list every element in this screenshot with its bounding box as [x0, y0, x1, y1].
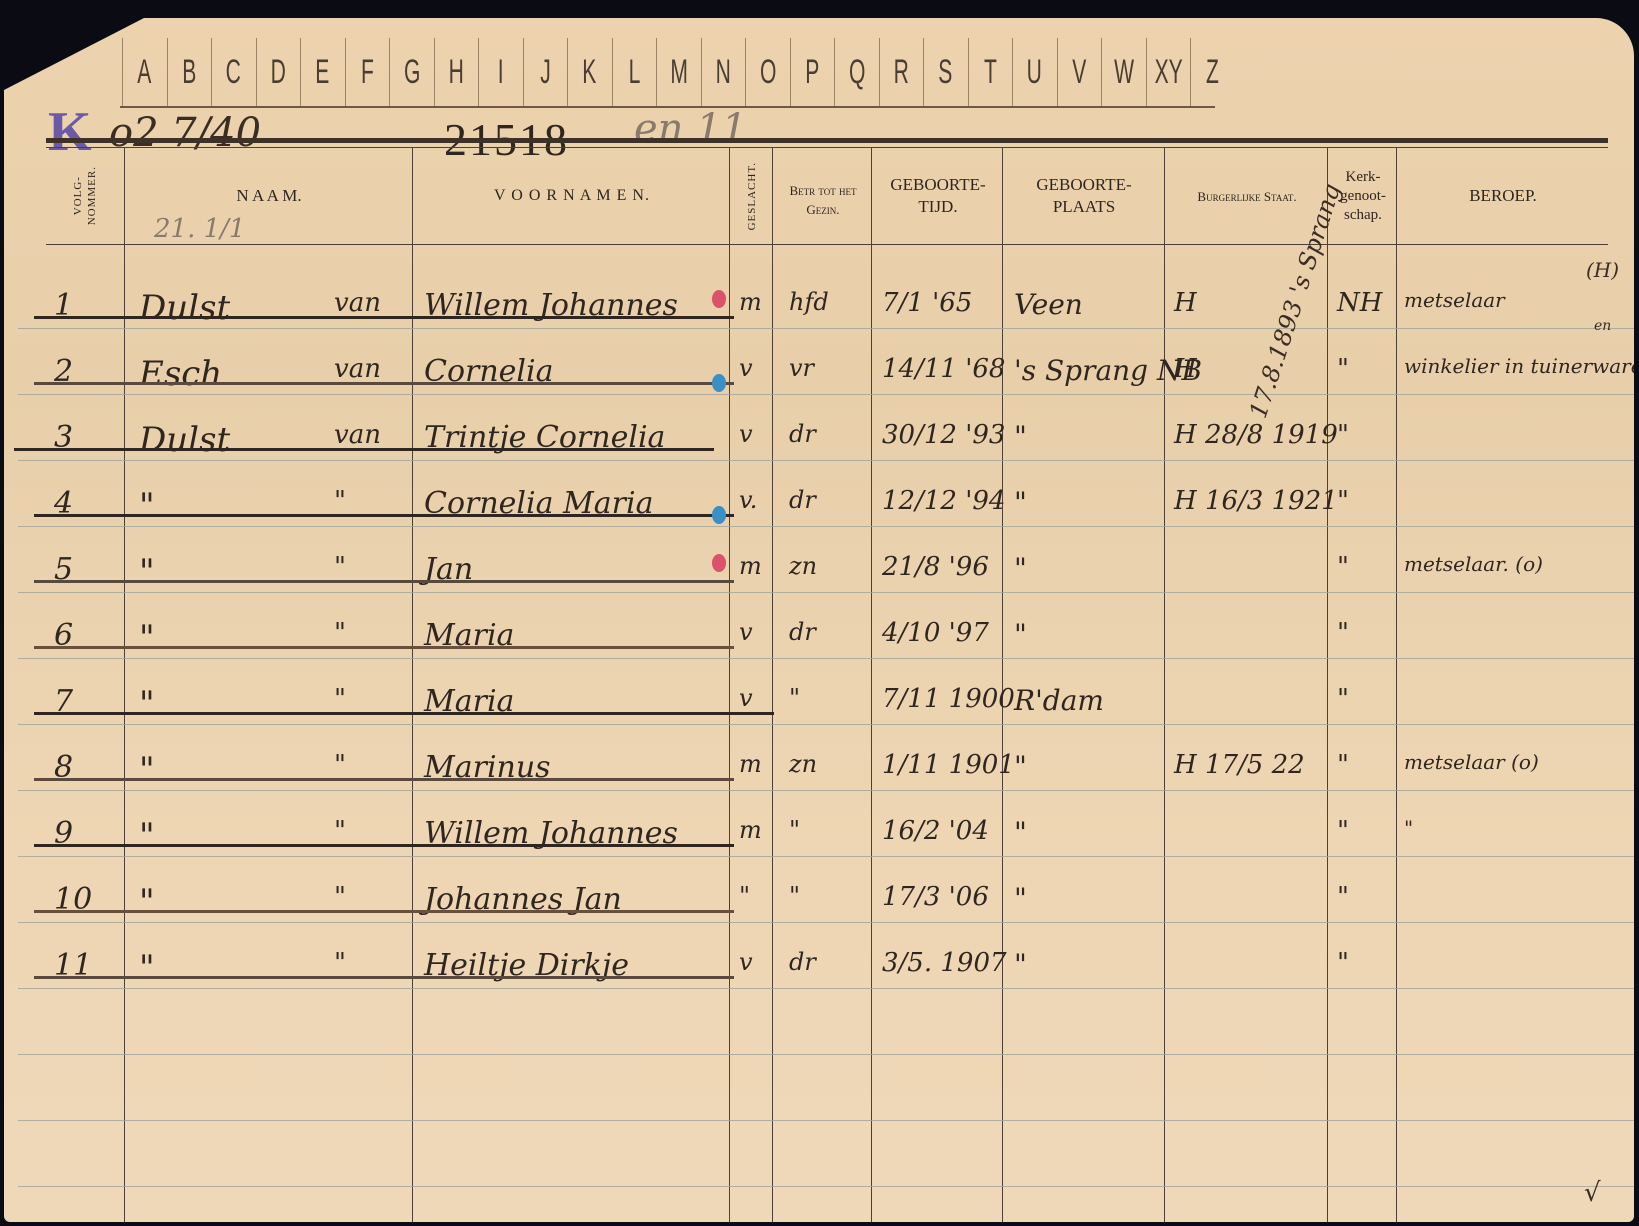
strikethrough-line — [34, 712, 774, 715]
column-divider — [412, 148, 413, 1222]
row-7-naam: " — [139, 684, 155, 724]
index-tab-letter: P — [805, 53, 819, 92]
beroep-note: (H) — [1586, 258, 1619, 282]
blue-ink-marker — [712, 506, 726, 524]
row-3-geboortetijd: 30/12 '93 — [882, 420, 1005, 450]
ruled-line — [18, 1186, 1638, 1187]
index-tab-k: K — [567, 38, 612, 106]
column-divider — [729, 148, 730, 1222]
row-6-naam: " — [139, 618, 155, 658]
index-tab-letter: M — [670, 53, 688, 92]
row-11-geslacht: v — [739, 948, 753, 976]
row-2-geboortetijd: 14/11 '68 — [882, 354, 1005, 384]
index-tab-t: T — [968, 38, 1013, 106]
index-tab-c: C — [211, 38, 256, 106]
index-tab-j: J — [523, 38, 568, 106]
index-tab-n: N — [701, 38, 746, 106]
ruled-line — [18, 460, 1638, 461]
row-2-tussen: van — [334, 354, 381, 384]
row-6-kerk: " — [1337, 618, 1349, 648]
index-tab-letter: O — [760, 53, 776, 92]
ruled-line — [18, 790, 1638, 791]
strikethrough-line — [34, 910, 734, 913]
row-4-geboorteplaats: " — [1014, 486, 1027, 519]
row-8-kerk: " — [1337, 750, 1349, 780]
row-4-geboortetijd: 12/12 '94 — [882, 486, 1005, 516]
row-5-tussen: " — [334, 552, 346, 582]
row-1-beroep: metselaar — [1404, 288, 1505, 312]
row-3-naam: Dulst — [139, 420, 230, 460]
index-tab-b: B — [167, 38, 212, 106]
index-tab-w: W — [1101, 38, 1146, 106]
row-4-betr: dr — [789, 486, 816, 514]
row-7-betr: " — [789, 684, 800, 712]
col-header-voornamen: V O O R N A M E N. — [414, 150, 730, 242]
index-tab-d: D — [256, 38, 301, 106]
beroep-row1-suffix: en — [1594, 318, 1611, 334]
index-tab-letter: I — [498, 53, 504, 92]
index-tab-letter: C — [226, 53, 241, 92]
strikethrough-line — [34, 514, 734, 517]
row-7-tussen: " — [334, 684, 346, 714]
strikethrough-line — [34, 778, 734, 781]
row-6-geslacht: v — [739, 618, 753, 646]
strikethrough-line — [34, 646, 734, 649]
index-tab-l: L — [612, 38, 657, 106]
row-10-geslacht: " — [739, 882, 750, 910]
row-1-geboortetijd: 7/1 '65 — [882, 288, 972, 318]
column-divider — [871, 148, 872, 1222]
col-header-beroep: BEROEP. — [1398, 150, 1608, 242]
row-8-tussen: " — [334, 750, 346, 780]
index-tab-letter: XY — [1154, 53, 1182, 92]
row-8-geboorteplaats: " — [1014, 750, 1027, 783]
index-tab-letter: U — [1027, 53, 1042, 92]
row-10-kerk: " — [1337, 882, 1349, 912]
row-9-geboortetijd: 16/2 '04 — [882, 816, 989, 846]
index-tab-s: S — [923, 38, 968, 106]
row-1-kerk: NH — [1337, 288, 1382, 318]
index-tab-v: V — [1057, 38, 1102, 106]
row-9-betr: " — [789, 816, 800, 844]
row-3-geboorteplaats: " — [1014, 420, 1027, 453]
row-10-naam: " — [139, 882, 155, 922]
blue-ink-marker — [712, 374, 726, 392]
row-9-naam: " — [139, 816, 155, 856]
alphabet-index-tabs: ABCDEFGHIJKLMNOPQRSTUVWXYZ — [122, 38, 1235, 106]
row-2-kerk: " — [1337, 354, 1349, 384]
row-8-geslacht: m — [739, 750, 762, 778]
ruled-line — [18, 724, 1638, 725]
row-8-beroep: metselaar (o) — [1404, 750, 1539, 774]
index-tab-letter: T — [984, 53, 997, 92]
row-8-betr: zn — [789, 750, 817, 778]
index-tab-o: O — [745, 38, 790, 106]
ruled-line — [18, 1054, 1638, 1055]
row-5-geboorteplaats: " — [1014, 552, 1027, 585]
row-3-tussen: van — [334, 420, 381, 450]
row-5-naam: " — [139, 552, 155, 592]
index-tab-q: Q — [834, 38, 879, 106]
red-ink-marker — [712, 290, 726, 308]
strikethrough-line — [34, 580, 734, 583]
column-divider — [1327, 148, 1328, 1222]
row-4-burgerlijke-staat: H 16/3 1921 — [1174, 486, 1338, 516]
row-11-kerk: " — [1337, 948, 1349, 978]
ruled-line — [18, 658, 1638, 659]
row-1-geboorteplaats: Veen — [1014, 288, 1083, 321]
ruled-line — [18, 856, 1638, 857]
handwritten-note-right: en 11 — [634, 106, 747, 152]
row-11-tussen: " — [334, 948, 346, 978]
row-8-naam: " — [139, 750, 155, 790]
row-10-tussen: " — [334, 882, 346, 912]
index-tab-e: E — [300, 38, 345, 106]
index-tab-letter: J — [540, 53, 551, 92]
row-10-geboortetijd: 17/3 '06 — [882, 882, 989, 912]
row-5-betr: zn — [789, 552, 817, 580]
strikethrough-line — [34, 316, 734, 319]
row-7-kerk: " — [1337, 684, 1349, 714]
row-2-beroep: winkelier in tuinerwaren — [1404, 354, 1639, 378]
col-header-geboortetijd: GEBOORTE- TIJD. — [873, 150, 1003, 242]
ruled-line — [18, 922, 1638, 923]
index-tab-f: F — [345, 38, 390, 106]
index-tab-letter: G — [404, 53, 420, 92]
ruled-line — [18, 592, 1638, 593]
registration-card: ABCDEFGHIJKLMNOPQRSTUVWXYZ K o2 7/40 215… — [4, 18, 1634, 1222]
row-5-beroep: metselaar. (o) — [1404, 552, 1543, 576]
index-tab-a: A — [122, 38, 167, 106]
row-8-geboortetijd: 1/11 1901 — [882, 750, 1015, 780]
index-tab-letter: K — [583, 53, 597, 92]
row-1-tussen: van — [334, 288, 381, 318]
ruled-line — [18, 988, 1638, 989]
strikethrough-line — [34, 976, 734, 979]
row-6-betr: dr — [789, 618, 816, 646]
index-tab-letter: W — [1114, 53, 1134, 92]
row-9-geslacht: m — [739, 816, 762, 844]
index-tab-letter: E — [316, 53, 330, 92]
row-4-kerk: " — [1337, 486, 1349, 516]
row-3-burgerlijke-staat: H 28/8 1919 — [1174, 420, 1338, 450]
col-header-betrekking: Betr tot het Gezin. — [774, 158, 872, 242]
row-4-naam: " — [139, 486, 155, 526]
row-2-betr: vr — [789, 354, 814, 382]
row-9-geboorteplaats: " — [1014, 816, 1027, 849]
row-2-geslacht: v — [739, 354, 753, 382]
index-tab-p: P — [790, 38, 835, 106]
row-11-betr: dr — [789, 948, 816, 976]
header-rule — [46, 138, 1608, 143]
row-2-naam: Esch — [139, 354, 222, 394]
row-2-burgerlijke-staat: H — [1174, 354, 1197, 384]
index-tab-z: Z — [1190, 38, 1235, 106]
column-divider — [1396, 148, 1397, 1222]
index-tab-m: M — [656, 38, 701, 106]
col-header-volgnummer: VOLG- NOMMER. — [46, 150, 124, 242]
index-tab-letter: H — [449, 53, 464, 92]
row-5-geslacht: m — [739, 552, 762, 580]
index-tab-i: I — [478, 38, 523, 106]
col-header-geslacht: GESLACHT. — [731, 150, 773, 242]
index-tab-r: R — [879, 38, 924, 106]
index-tab-u: U — [1012, 38, 1057, 106]
check-mark: √ — [1584, 1178, 1601, 1208]
ruled-line — [18, 328, 1638, 329]
index-tab-h: H — [434, 38, 479, 106]
strikethrough-line — [14, 448, 714, 451]
index-tab-letter: A — [138, 53, 152, 92]
row-6-geboorteplaats: " — [1014, 618, 1027, 651]
index-tab-letter: F — [361, 53, 374, 92]
row-5-kerk: " — [1337, 552, 1349, 582]
index-tab-letter: Z — [1206, 53, 1219, 92]
row-6-tussen: " — [334, 618, 346, 648]
row-3-betr: dr — [789, 420, 816, 448]
index-tab-letter: V — [1072, 53, 1086, 92]
column-divider — [124, 148, 125, 1222]
row-3-geslacht: v — [739, 420, 753, 448]
index-tab-letter: S — [939, 53, 953, 92]
row-7-geboorteplaats: R'dam — [1014, 684, 1104, 717]
row-1-burgerlijke-staat: H — [1174, 288, 1197, 318]
pencil-header-note: 21. 1/1 — [154, 214, 245, 244]
index-tab-xy: XY — [1146, 38, 1191, 106]
column-header-bottom-rule — [46, 244, 1608, 245]
row-10-geboorteplaats: " — [1014, 882, 1027, 915]
index-tab-g: G — [389, 38, 434, 106]
ruled-line — [18, 526, 1638, 527]
strikethrough-line — [34, 382, 734, 385]
column-divider — [772, 148, 773, 1222]
row-1-naam: Dulst — [139, 288, 230, 328]
ruled-line — [18, 1120, 1638, 1121]
index-tab-letter: B — [182, 53, 196, 92]
index-tab-letter: L — [628, 53, 640, 92]
row-4-tussen: " — [334, 486, 346, 516]
col-header-geboorteplaats: GEBOORTE- PLAATS — [1004, 150, 1164, 242]
index-tab-letter: N — [716, 53, 731, 92]
ruled-line — [18, 394, 1638, 395]
red-ink-marker — [712, 554, 726, 572]
row-8-burgerlijke-staat: H 17/5 22 — [1174, 750, 1305, 780]
row-10-betr: " — [789, 882, 800, 910]
column-divider — [1164, 148, 1165, 1222]
index-tab-letter: Q — [849, 53, 865, 92]
row-6-geboortetijd: 4/10 '97 — [882, 618, 989, 648]
row-7-geboortetijd: 7/11 1900 — [882, 684, 1015, 714]
row-11-geboortetijd: 3/5. 1907 — [882, 948, 1007, 978]
header-rule-thin — [46, 147, 1608, 148]
row-1-geslacht: m — [739, 288, 762, 316]
row-5-geboortetijd: 21/8 '96 — [882, 552, 989, 582]
row-9-beroep: " — [1404, 816, 1413, 840]
row-1-betr: hfd — [789, 288, 829, 316]
index-tab-letter: R — [894, 53, 909, 92]
row-3-kerk: " — [1337, 420, 1349, 450]
row-9-kerk: " — [1337, 816, 1349, 846]
row-4-geslacht: v. — [739, 486, 757, 514]
row-9-tussen: " — [334, 816, 346, 846]
strikethrough-line — [34, 844, 734, 847]
row-11-naam: " — [139, 948, 155, 988]
row-7-geslacht: v — [739, 684, 753, 712]
row-11-geboorteplaats: " — [1014, 948, 1027, 981]
index-tab-letter: D — [271, 53, 286, 92]
